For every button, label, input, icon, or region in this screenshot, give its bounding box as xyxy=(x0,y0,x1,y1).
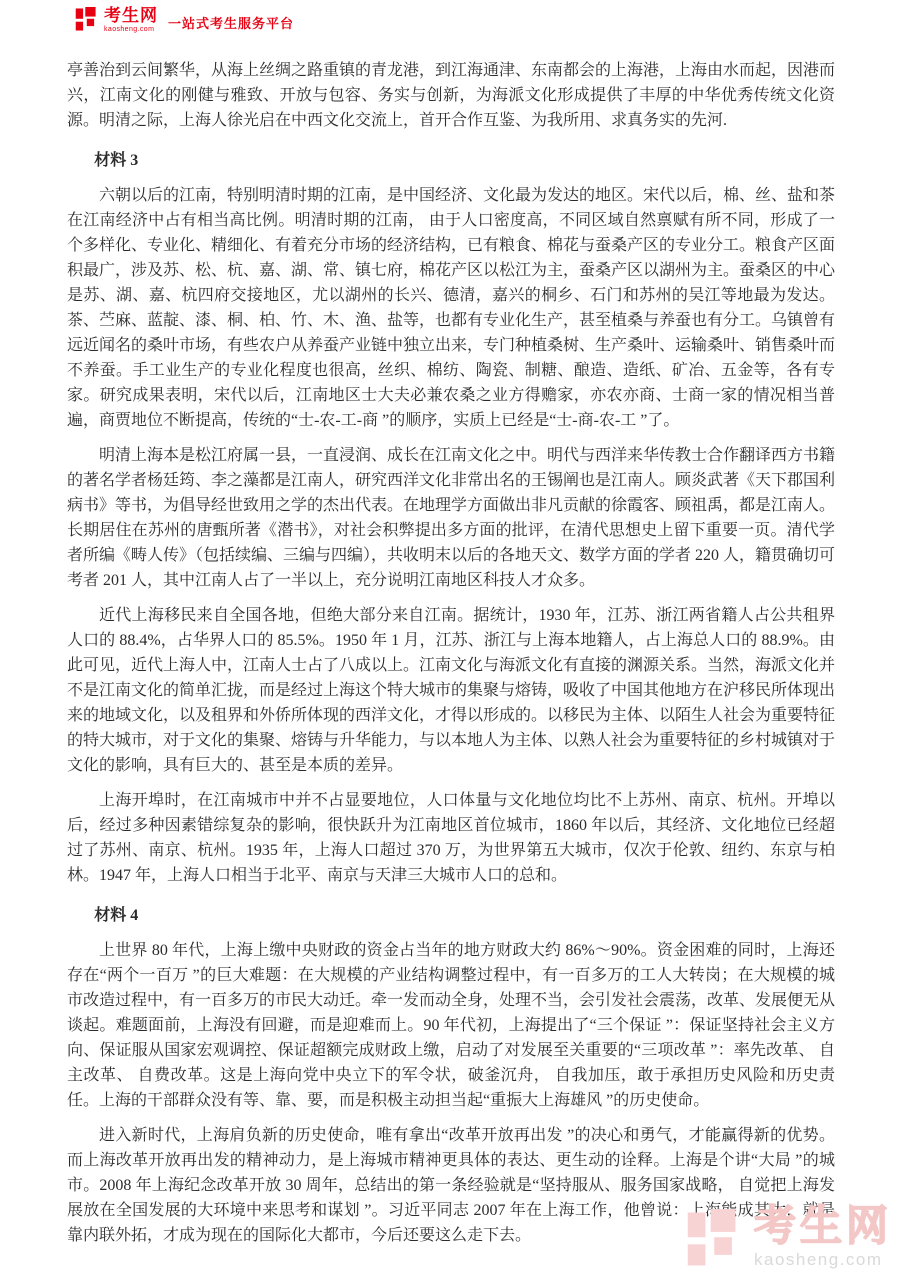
logo-text: 考生网 kaosheng.com xyxy=(104,7,158,33)
kaosheng-logo: 考生网 kaosheng.com xyxy=(75,7,158,33)
kaosheng-watermark: 考生网 kaosheng.com xyxy=(686,1205,892,1269)
logo-tagline: 一站式考生服务平台 xyxy=(168,13,294,32)
watermark-domain: kaosheng.com xyxy=(754,1251,892,1268)
watermark-name: 考生网 xyxy=(754,1205,892,1247)
material-4-heading: 材料 4 xyxy=(67,903,835,928)
paragraph: 六朝以后的江南，特别明清时期的江南，是中国经济、文化最为发达的地区。宋代以后，棉… xyxy=(67,183,835,433)
watermark-text: 考生网 kaosheng.com xyxy=(754,1205,892,1268)
paragraph: 明清上海本是松江府属一县，一直浸润、成长在江南文化之中。明代与西洋来华传教士合作… xyxy=(67,443,835,593)
material-3-heading: 材料 3 xyxy=(67,148,835,173)
paragraph-continued: 亭善治到云间繁华，从海上丝绸之路重镇的青龙港，到江海通津、东南都会的上海港，上海… xyxy=(67,58,835,133)
logo-domain: kaosheng.com xyxy=(104,26,158,33)
document-body: 亭善治到云间繁华，从海上丝绸之路重镇的青龙港，到江海通津、东南都会的上海港，上海… xyxy=(67,58,835,1258)
page-header: 考生网 kaosheng.com 一站式考生服务平台 xyxy=(75,7,294,33)
logo-name: 考生网 xyxy=(104,7,158,24)
kaosheng-blocks-watermark-icon xyxy=(686,1209,746,1269)
paragraph: 上海开埠时，在江南城市中并不占显要地位，人口体量与文化地位均比不上苏州、南京、杭… xyxy=(67,788,835,888)
paragraph: 上世界 80 年代，上海上缴中央财政的资金占当年的地方财政大约 86%～90%。… xyxy=(67,938,835,1113)
kaosheng-blocks-icon xyxy=(75,7,100,32)
paragraph: 近代上海移民来自全国各地，但绝大部分来自江南。据统计，1930 年，江苏、浙江两… xyxy=(67,603,835,778)
